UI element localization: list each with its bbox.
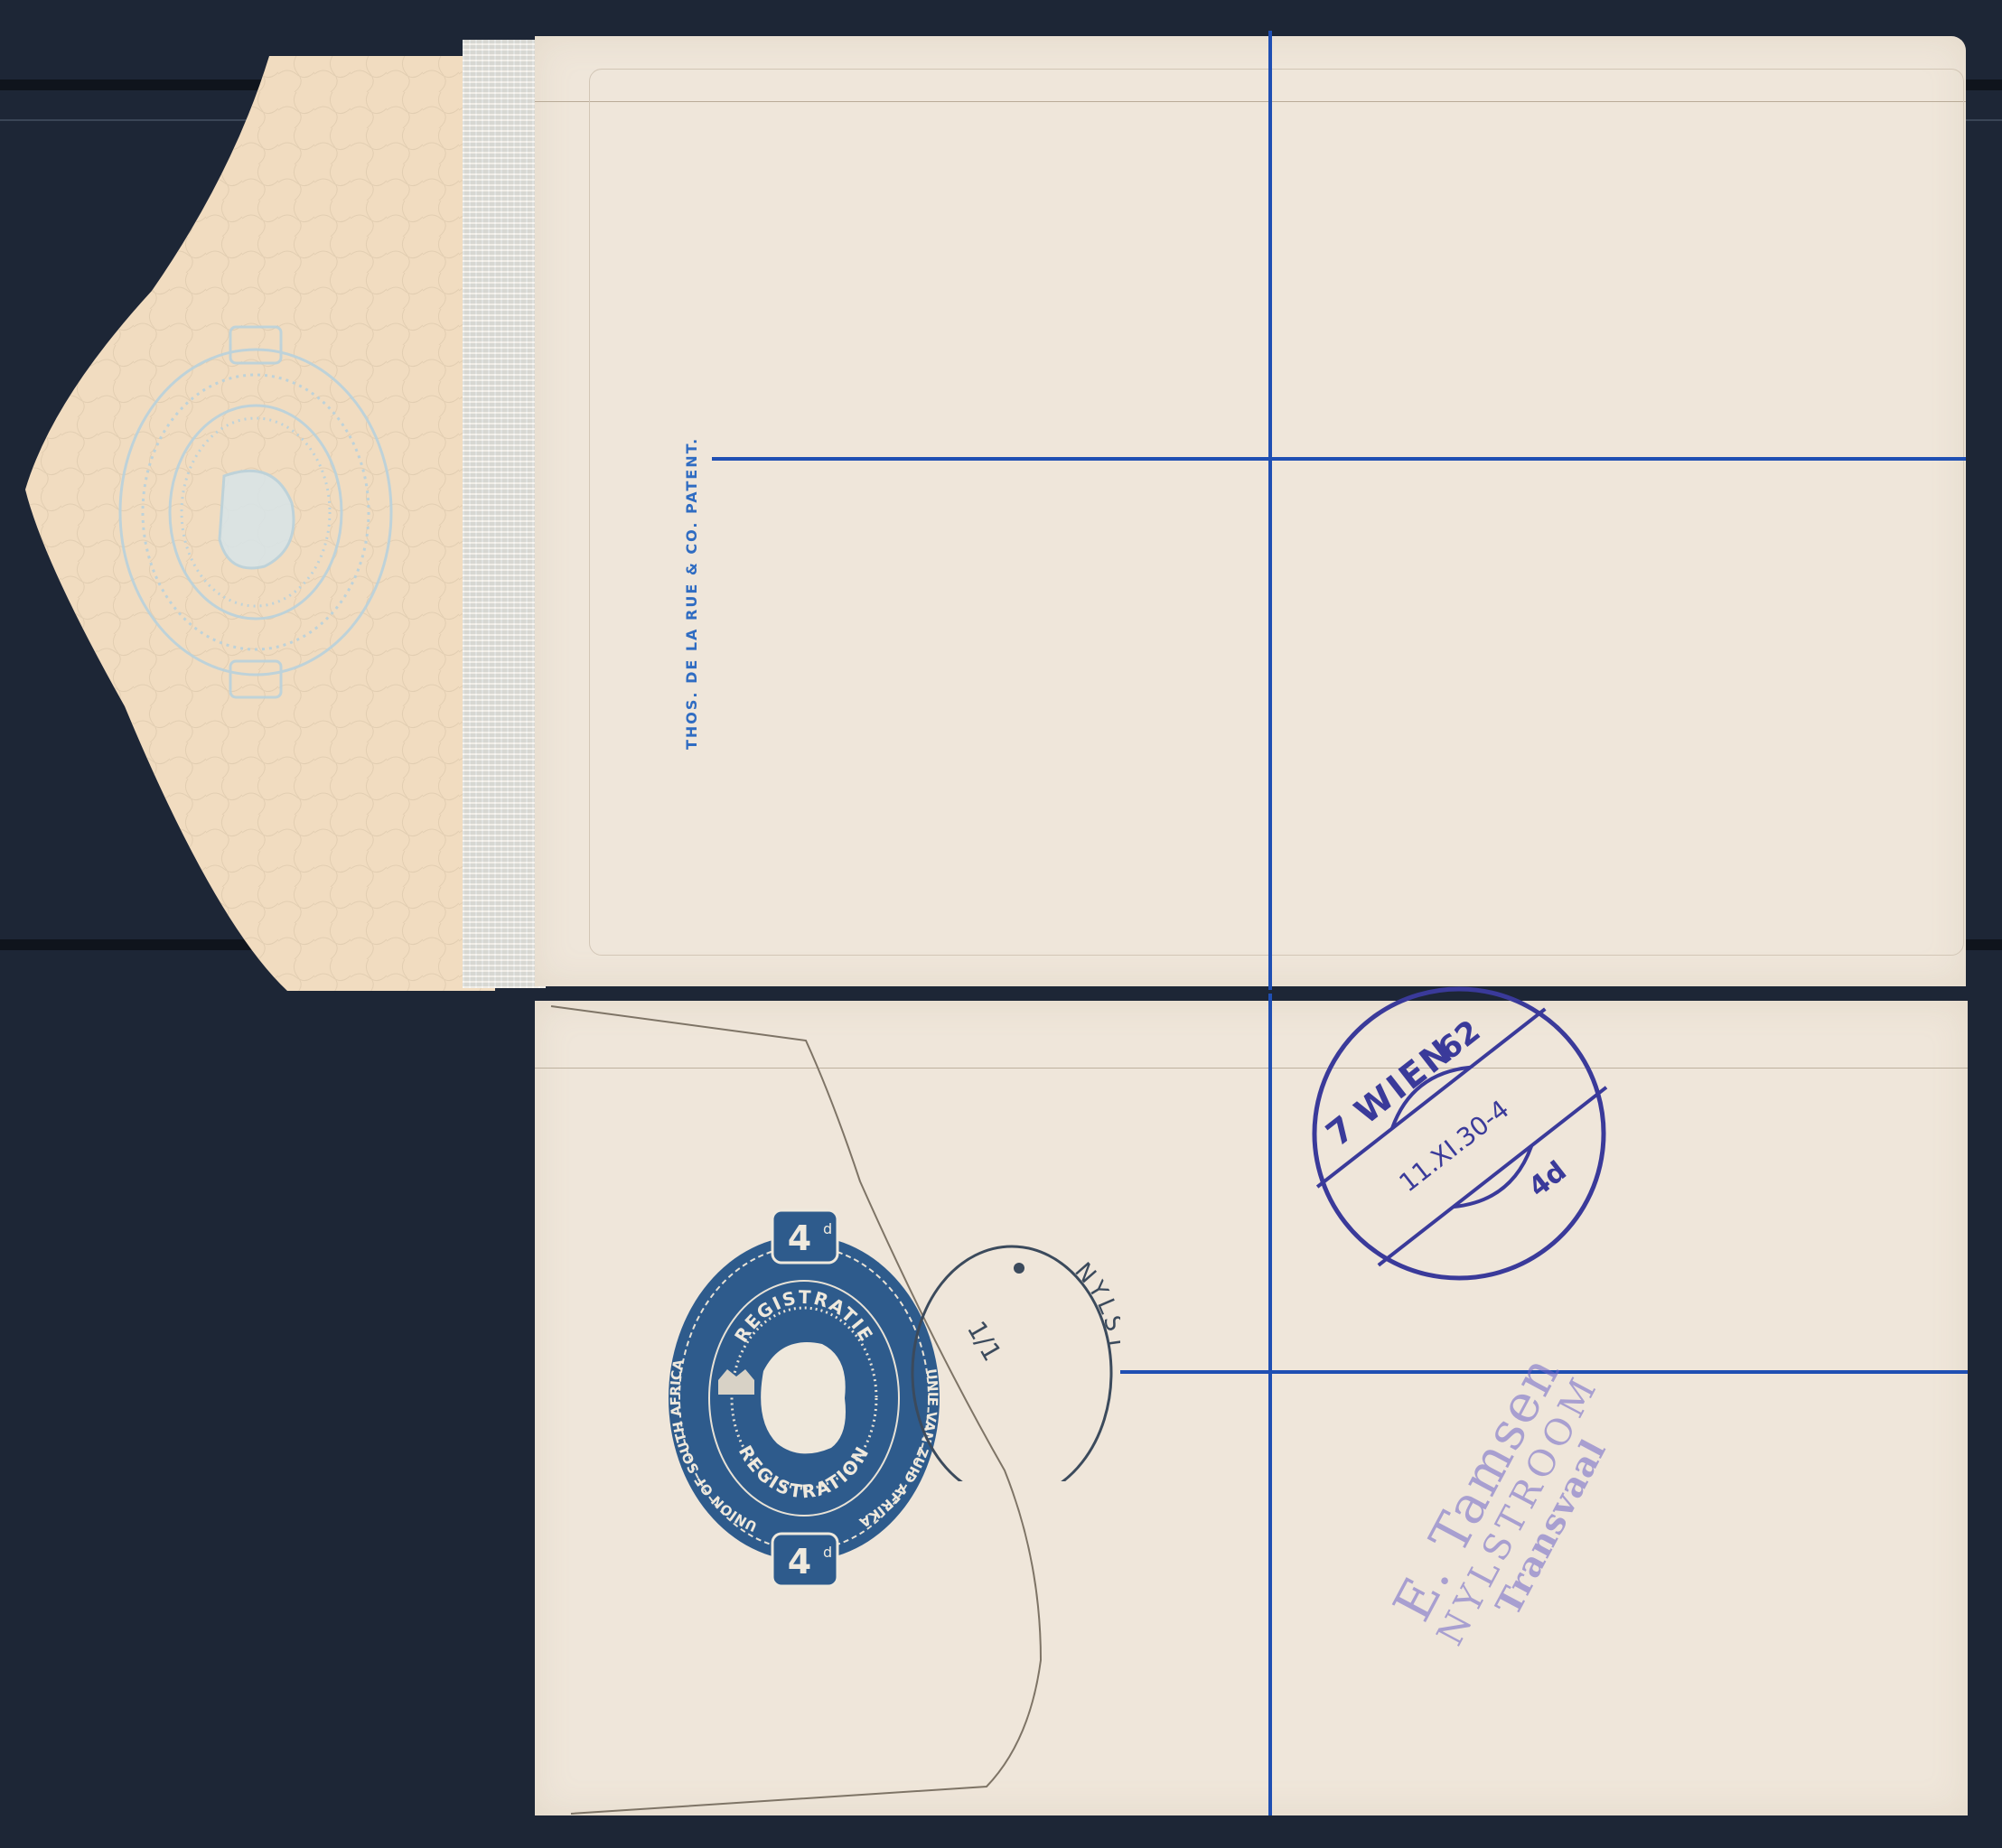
- svg-text:d: d: [823, 1544, 832, 1561]
- svg-text:4d: 4d: [1523, 1155, 1573, 1204]
- indicium-stamp: REGISTRATIE REGISTRATION UNION OF SOUTH …: [664, 1190, 944, 1606]
- inner-frame: [589, 69, 1964, 956]
- svg-text:d: d: [823, 1220, 832, 1237]
- registration-line-vertical: [1268, 994, 1272, 1815]
- svg-text:1/1: 1/1: [961, 1316, 1007, 1367]
- king-george-portrait-icon: REGISTRATIE REGISTRATION UNION OF SOUTH …: [664, 1190, 944, 1606]
- svg-text:4: 4: [788, 1218, 811, 1258]
- departure-postmark: NYLST 1/1: [903, 1228, 1120, 1481]
- registration-line-vertical: [1268, 31, 1272, 990]
- registration-line-horizontal: [712, 457, 1966, 461]
- svg-text:11.XI.30-4: 11.XI.30-4: [1393, 1094, 1514, 1198]
- svg-text:NYLST: NYLST: [1069, 1257, 1120, 1355]
- gum-strip: [463, 40, 546, 988]
- envelope-inside: [535, 36, 1966, 986]
- svg-text:7: 7: [1319, 1108, 1362, 1154]
- arrival-postmark: 7 WIEN 62 11.XI.30-4 4d: [1301, 975, 1617, 1292]
- printer-imprint: THOS. DE LA RUE & CO. PATENT.: [683, 437, 700, 750]
- svg-text:4: 4: [788, 1542, 811, 1582]
